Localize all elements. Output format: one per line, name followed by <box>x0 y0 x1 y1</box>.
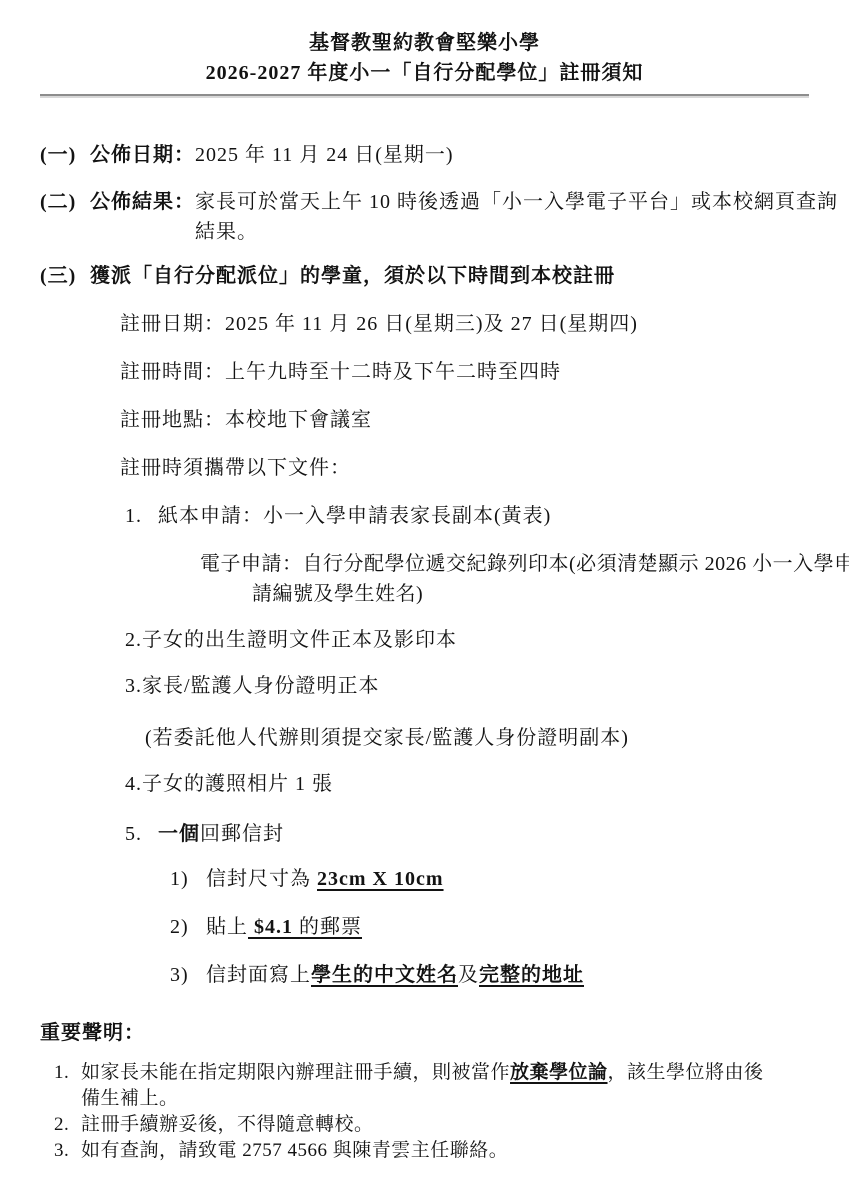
document-page: 基督教聖約教會堅樂小學 2026-2027 年度小一「自行分配學位」註冊須知 (… <box>0 0 849 1164</box>
notice-post: ，該生學位將由後 <box>608 1062 764 1083</box>
section-heading-text: 獲派「自行分配派位」的學童，須於以下時間到本校註冊 <box>90 261 615 291</box>
notice-pre: 如家長未能在指定期限內辦理註冊手續，則被當作 <box>81 1062 510 1083</box>
title-divider <box>40 94 809 98</box>
subitem-number: 2) <box>170 912 206 942</box>
notice-item-3: 3. 如有查詢，請致電 2757 4566 與陳青雲主任聯絡。 <box>54 1138 809 1164</box>
notice-item-1: 1. 如家長未能在指定期限內辦理註冊手續，則被當作放棄學位論，該生學位將由後 備… <box>54 1060 809 1112</box>
item-text-bold: 一個 <box>158 823 200 845</box>
registration-place: 註冊地點：本校地下會議室 <box>120 405 809 435</box>
item-text: 一個回郵信封 <box>158 819 284 849</box>
forfeit-emphasis: 放棄學位論 <box>510 1062 608 1083</box>
section-label: 公佈結果： <box>90 187 195 247</box>
student-name-emphasis: 學生的中文姓名 <box>311 964 458 986</box>
section-marker: (一) <box>40 140 90 170</box>
important-notice-list: 1. 如家長未能在指定期限內辦理註冊手續，則被當作放棄學位論，該生學位將由後 備… <box>54 1060 809 1164</box>
registration-time: 註冊時間：上午九時至十二時及下午二時至四時 <box>120 357 809 387</box>
page-title-line2: 2026-2027 年度小一「自行分配學位」註冊須知 <box>40 58 809 88</box>
section-registration-heading: (三) 獲派「自行分配派位」的學童，須於以下時間到本校註冊 <box>40 261 809 291</box>
registration-docs-intro: 註冊時須攜帶以下文件： <box>120 453 809 483</box>
subitem-pre: 貼上 <box>206 916 248 938</box>
subitem-pre: 信封尺寸為 <box>206 868 317 890</box>
item-text-rest: 回郵信封 <box>200 823 284 845</box>
document-item-4: 4.子女的護照相片 1 張 <box>125 769 809 799</box>
subitem-mid: 及 <box>458 964 479 986</box>
section-marker: (二) <box>40 187 90 247</box>
subitem-number: 3) <box>170 960 206 990</box>
item-number: 5. <box>125 819 158 849</box>
address-emphasis: 完整的地址 <box>479 964 584 986</box>
section-text-line2: 結果。 <box>195 221 258 243</box>
subitem-text: 貼上 $4.1 的郵票 <box>206 912 362 942</box>
subitem-pre: 信封面寫上 <box>206 964 311 986</box>
section-text: 家長可於當天上午 10 時後透過「小一入學電子平台」或本校網頁查詢 結果。 <box>195 187 838 247</box>
notice-number: 3. <box>54 1138 81 1164</box>
document-item-2: 2.子女的出生證明文件正本及影印本 <box>125 625 809 655</box>
subitem-number: 1) <box>170 864 206 894</box>
section-label: 公佈日期： <box>90 140 195 170</box>
document-item-3-note: (若委託他人代辦則須提交家長/監護人身份證明副本) <box>145 723 809 753</box>
registration-date: 註冊日期：2025 年 11 月 26 日(星期三)及 27 日(星期四) <box>120 309 809 339</box>
notice-line1: 如家長未能在指定期限內辦理註冊手續，則被當作放棄學位論，該生學位將由後 <box>81 1062 764 1083</box>
notice-text: 註冊手續辦妥後，不得隨意轉校。 <box>81 1112 809 1138</box>
subitem-text: 信封尺寸為 23cm X 10cm <box>206 864 444 894</box>
subitem-text: 信封面寫上學生的中文姓名及完整的地址 <box>206 960 584 990</box>
section-text-line1: 家長可於當天上午 10 時後透過「小一入學電子平台」或本校網頁查詢 <box>195 191 838 213</box>
stamp-value: $4.1 <box>248 916 293 938</box>
section-announcement-date: (一) 公佈日期： 2025 年 11 月 24 日(星期一) <box>40 140 809 170</box>
section-text: 2025 年 11 月 24 日(星期一) <box>195 140 809 170</box>
envelope-subitem-1: 1) 信封尺寸為 23cm X 10cm <box>170 864 809 894</box>
document-item-3: 3.家長/監護人身份證明正本 <box>125 671 809 701</box>
stamp-underline-group: $4.1 的郵票 <box>248 916 362 938</box>
envelope-subitem-3: 3) 信封面寫上學生的中文姓名及完整的地址 <box>170 960 809 990</box>
item-number: 1. <box>125 501 158 531</box>
notice-text: 如有查詢，請致電 2757 4566 與陳青雲主任聯絡。 <box>81 1138 809 1164</box>
item-text-line1: 電子申請：自行分配學位遞交紀錄列印本(必須清楚顯示 2026 小一入學申 <box>200 549 809 579</box>
envelope-size-value: 23cm X 10cm <box>317 868 444 890</box>
envelope-subitem-2: 2) 貼上 $4.1 的郵票 <box>170 912 809 942</box>
notice-item-2: 2. 註冊手續辦妥後，不得隨意轉校。 <box>54 1112 809 1138</box>
notice-text: 如家長未能在指定期限內辦理註冊手續，則被當作放棄學位論，該生學位將由後 備生補上… <box>81 1060 809 1112</box>
section-marker: (三) <box>40 261 90 291</box>
page-title-line1: 基督教聖約教會堅樂小學 <box>40 28 809 58</box>
item-text-line2: 請編號及學生姓名) <box>252 579 809 609</box>
document-item-1-electronic: 電子申請：自行分配學位遞交紀錄列印本(必須清楚顯示 2026 小一入學申 請編號… <box>200 549 809 609</box>
notice-line2: 備生補上。 <box>81 1088 179 1109</box>
document-item-1: 1. 紙本申請：小一入學申請表家長副本(黃表) <box>125 501 809 531</box>
stamp-suffix: 的郵票 <box>293 916 362 938</box>
item-text: 紙本申請：小一入學申請表家長副本(黃表) <box>158 501 551 531</box>
notice-number: 1. <box>54 1060 81 1112</box>
document-item-5: 5. 一個回郵信封 <box>125 819 809 849</box>
section-announcement-result: (二) 公佈結果： 家長可於當天上午 10 時後透過「小一入學電子平台」或本校網… <box>40 187 809 247</box>
notice-number: 2. <box>54 1112 81 1138</box>
important-notice-heading: 重要聲明： <box>40 1018 809 1048</box>
